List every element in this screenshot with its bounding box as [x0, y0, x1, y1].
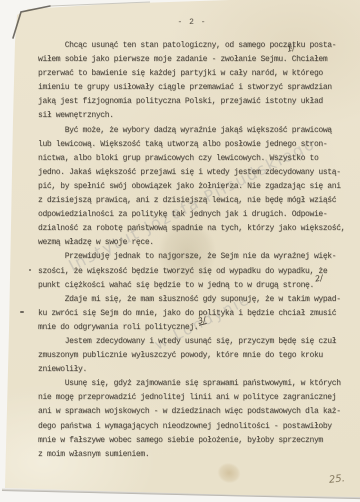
paragraph: Jestem zdecydowany i wtedy usunąć się, p…	[38, 335, 350, 377]
handwritten-footnote-mark-3: 3/	[197, 315, 207, 326]
handwritten-footnote-mark-2: 2/	[314, 273, 323, 283]
text-line: dego państwa i wymagających nieodzownej …	[38, 420, 350, 434]
text-line: wiłem sobie jako pierwsze moje zadanie -…	[38, 53, 350, 67]
pencil-page-number: 25.	[328, 473, 345, 486]
text-line: nictwa, albo bloki grup prawicowych czy …	[38, 152, 350, 166]
text-line: Przewiduję jednak to najgorsze, że Sejm …	[38, 250, 350, 264]
ink-speck	[29, 269, 31, 271]
paper-sheet: Instytut Józefa Piłsudskiego w Londynie …	[0, 0, 360, 502]
text-line: odpowiedzialności za politykę tak jednyc…	[38, 208, 350, 222]
text-line: mnie do odgrywania roli politycznej.	[38, 321, 350, 335]
text-line: nie mogę przeprowadzić jednolitej linii …	[38, 391, 350, 405]
paragraph: Usunę się, gdyż zajmowanie się sprawami …	[38, 377, 350, 462]
text-line: zniewoliły.	[38, 363, 350, 377]
text-line: z moim własnym sumieniem.	[38, 448, 350, 462]
paragraph: Chcąc usunąć ten stan patologiczny, od s…	[38, 39, 350, 124]
text-line: Jestem zdecydowany i wtedy usunąć się, p…	[38, 335, 350, 349]
text-line: Usunę się, gdyż zajmowanie się sprawami …	[38, 377, 350, 391]
text-block: Chcąc usunąć ten stan patologiczny, od s…	[38, 39, 350, 462]
paragraph: Zdaje mi się, że mam słuszność gdy supon…	[38, 293, 350, 335]
scanned-page: Instytut Józefa Piłsudskiego w Londynie …	[0, 0, 360, 502]
text-line: Zdaje mi się, że mam słuszność gdy supon…	[38, 293, 350, 307]
text-line: wezmą władzę w swoje ręce.	[38, 236, 350, 250]
text-line: ku zwróci się Sejm do mnie, jako do poli…	[38, 307, 350, 321]
text-line: pić, by spełnić swój obowiązek jako żołn…	[38, 180, 350, 194]
text-line: jedno. Jakaś większość przejawi się i wt…	[38, 166, 350, 180]
text-line: lub lewicową. Większość taką utworzą alb…	[38, 138, 350, 152]
text-line: sił wewnętrznych.	[38, 109, 350, 123]
ink-speck	[20, 311, 24, 313]
paragraph: Przewiduję jednak to najgorsze, że Sejm …	[38, 250, 350, 292]
text-line: dzialność za robotę państwową spadnie na…	[38, 222, 350, 236]
text-line: zmuszonym publicznie wyłuszczyć powody, …	[38, 349, 350, 363]
text-line: przerwać to bawienie się każdej partyjki…	[38, 67, 350, 81]
ink-speck	[2, 312, 5, 315]
text-line: imieniu te grupy usiłowały ciągle przema…	[38, 81, 350, 95]
text-line: mnie w fałszywe wobec samego siebie poło…	[38, 434, 350, 448]
text-line: Być może, że wybory dadzą wyraźnie jakąś…	[38, 124, 350, 138]
text-line: z dzisiejszą prawicą, ani z dzisiejszą l…	[38, 194, 350, 208]
handwritten-footnote-mark-1: 1/	[286, 43, 296, 54]
text-line: punkt ciężkości wahać się będzie to w je…	[38, 279, 350, 293]
text-line: jaką jest fizjognomia polityczna Polski,…	[38, 95, 350, 109]
page-number: - 2 -	[38, 17, 346, 29]
text-line: ani w sprawach wojskowych - w dziedzinac…	[38, 405, 350, 419]
text-line: szości, że większość będzie tworzyć się …	[38, 265, 350, 279]
paragraph: Być może, że wybory dadzą wyraźnie jakąś…	[38, 124, 350, 251]
text-line: Chcąc usunąć ten stan patologiczny, od s…	[38, 39, 350, 53]
